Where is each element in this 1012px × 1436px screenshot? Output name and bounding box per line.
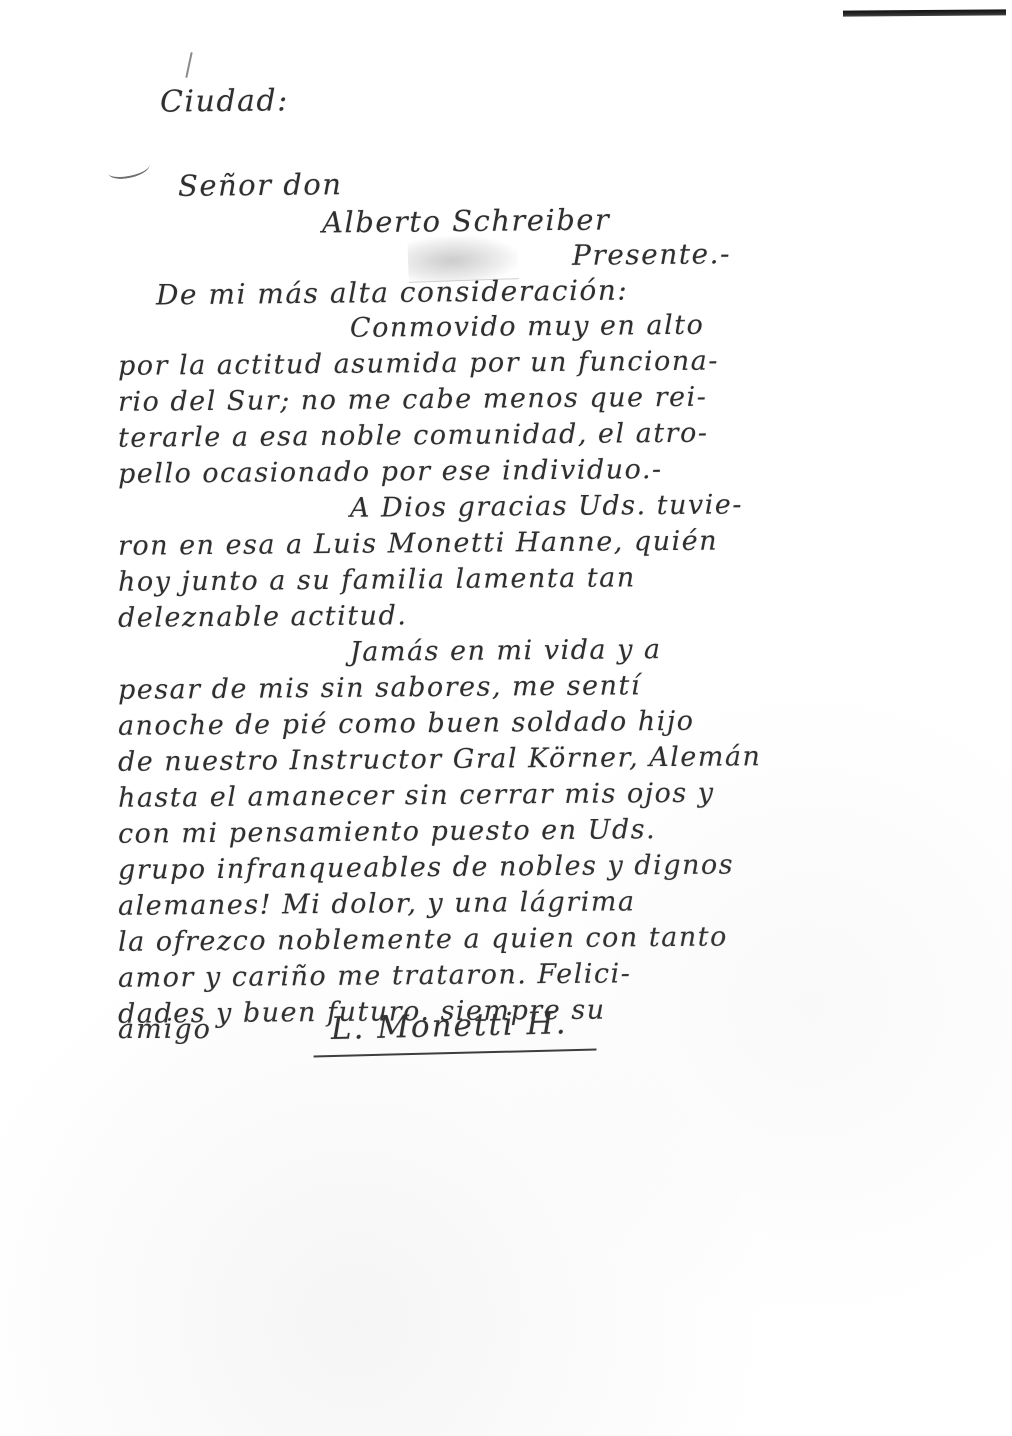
body-line: hasta el amanecer sin cerrar mis ojos y bbox=[118, 777, 762, 819]
body-line: por la actitud asumida por un funciona- bbox=[118, 345, 762, 387]
salutation-line: De mi más alta consideración: bbox=[156, 274, 629, 312]
body-line: anoche de pié como buen soldado hijo bbox=[118, 705, 762, 747]
recipient-title: Señor don bbox=[178, 167, 343, 203]
stray-pen-mark bbox=[107, 157, 151, 181]
body-line: terarle a esa noble comunidad, el atro- bbox=[118, 417, 762, 459]
body-line: pesar de mis sin sabores, me sentí bbox=[118, 669, 762, 711]
recipient-name: Alberto Schreiber bbox=[322, 202, 611, 239]
body-line: deleznable actitud. bbox=[118, 597, 762, 639]
body-line: A Dios gracias Uds. tuvie- bbox=[118, 489, 762, 531]
body-line: con mi pensamiento puesto en Uds. bbox=[118, 813, 762, 855]
scanned-letter-page: Ciudad: Señor don Alberto Schreiber Pres… bbox=[0, 0, 1012, 1436]
signature: L. Monetti H. bbox=[312, 1005, 596, 1058]
body-line: hoy junto a su familia lamenta tan bbox=[118, 561, 762, 603]
body-line: pello ocasionado por ese individuo.- bbox=[118, 453, 762, 495]
body-line: rio del Sur; no me cabe menos que rei- bbox=[118, 381, 762, 423]
body-line: la ofrezco noblemente a quien con tanto bbox=[118, 921, 762, 963]
stray-pen-tick bbox=[185, 52, 192, 78]
city-line: Ciudad: bbox=[160, 83, 289, 119]
body-line: amor y cariño me trataron. Felici- bbox=[118, 957, 762, 999]
body-line: grupo infranqueables de nobles y dignos bbox=[118, 849, 762, 891]
presente-line: Presente.- bbox=[572, 237, 731, 272]
body-line: alemanes! Mi dolor, y una lágrima bbox=[118, 885, 762, 927]
body-line: de nuestro Instructor Gral Körner, Alemá… bbox=[118, 741, 762, 783]
letter-body: Conmovido muy en alto por la actitud asu… bbox=[118, 312, 761, 1032]
body-line: ron en esa a Luis Monetti Hanne, quién bbox=[118, 525, 762, 567]
body-line: Jamás en mi vida y a bbox=[118, 633, 762, 675]
scan-artifact-top-bar bbox=[843, 9, 1006, 16]
body-line: Conmovido muy en alto bbox=[118, 309, 762, 351]
closing-word: amigo bbox=[118, 1014, 212, 1045]
